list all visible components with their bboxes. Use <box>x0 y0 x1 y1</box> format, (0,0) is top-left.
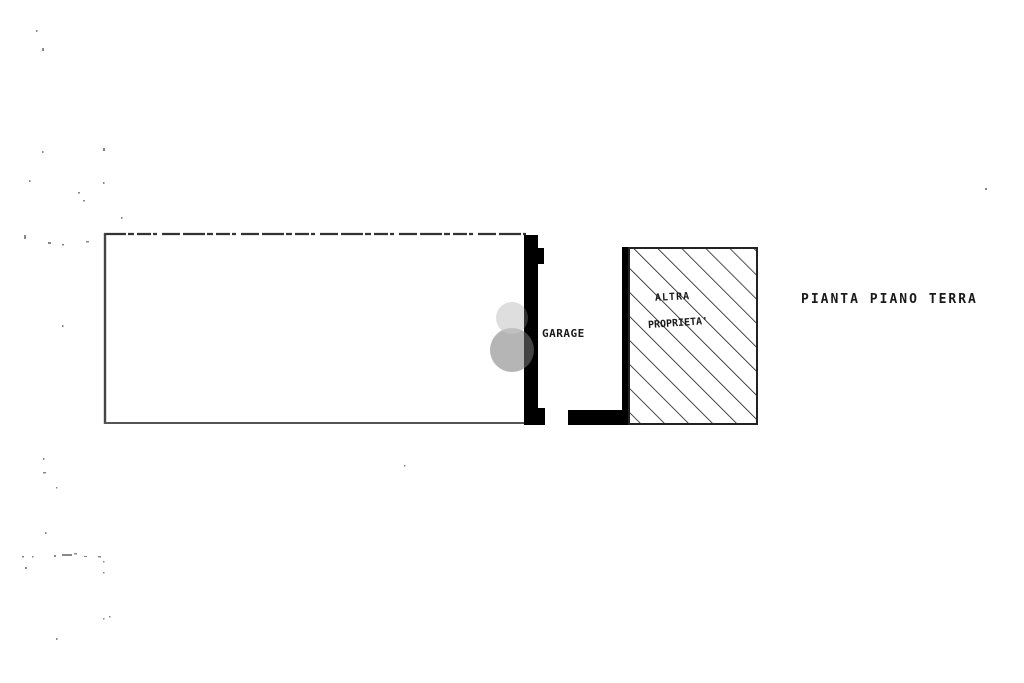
garage-label: GARAGE <box>542 327 585 340</box>
main-room <box>104 233 526 424</box>
garage-bottom-wall <box>568 410 628 425</box>
drawing-title: PIANTA PIANO TERRA <box>801 292 978 307</box>
other-property-label-line1: ALTRA <box>655 291 691 304</box>
other-property-area <box>629 248 757 424</box>
floor-plan-drawing <box>0 0 1024 683</box>
